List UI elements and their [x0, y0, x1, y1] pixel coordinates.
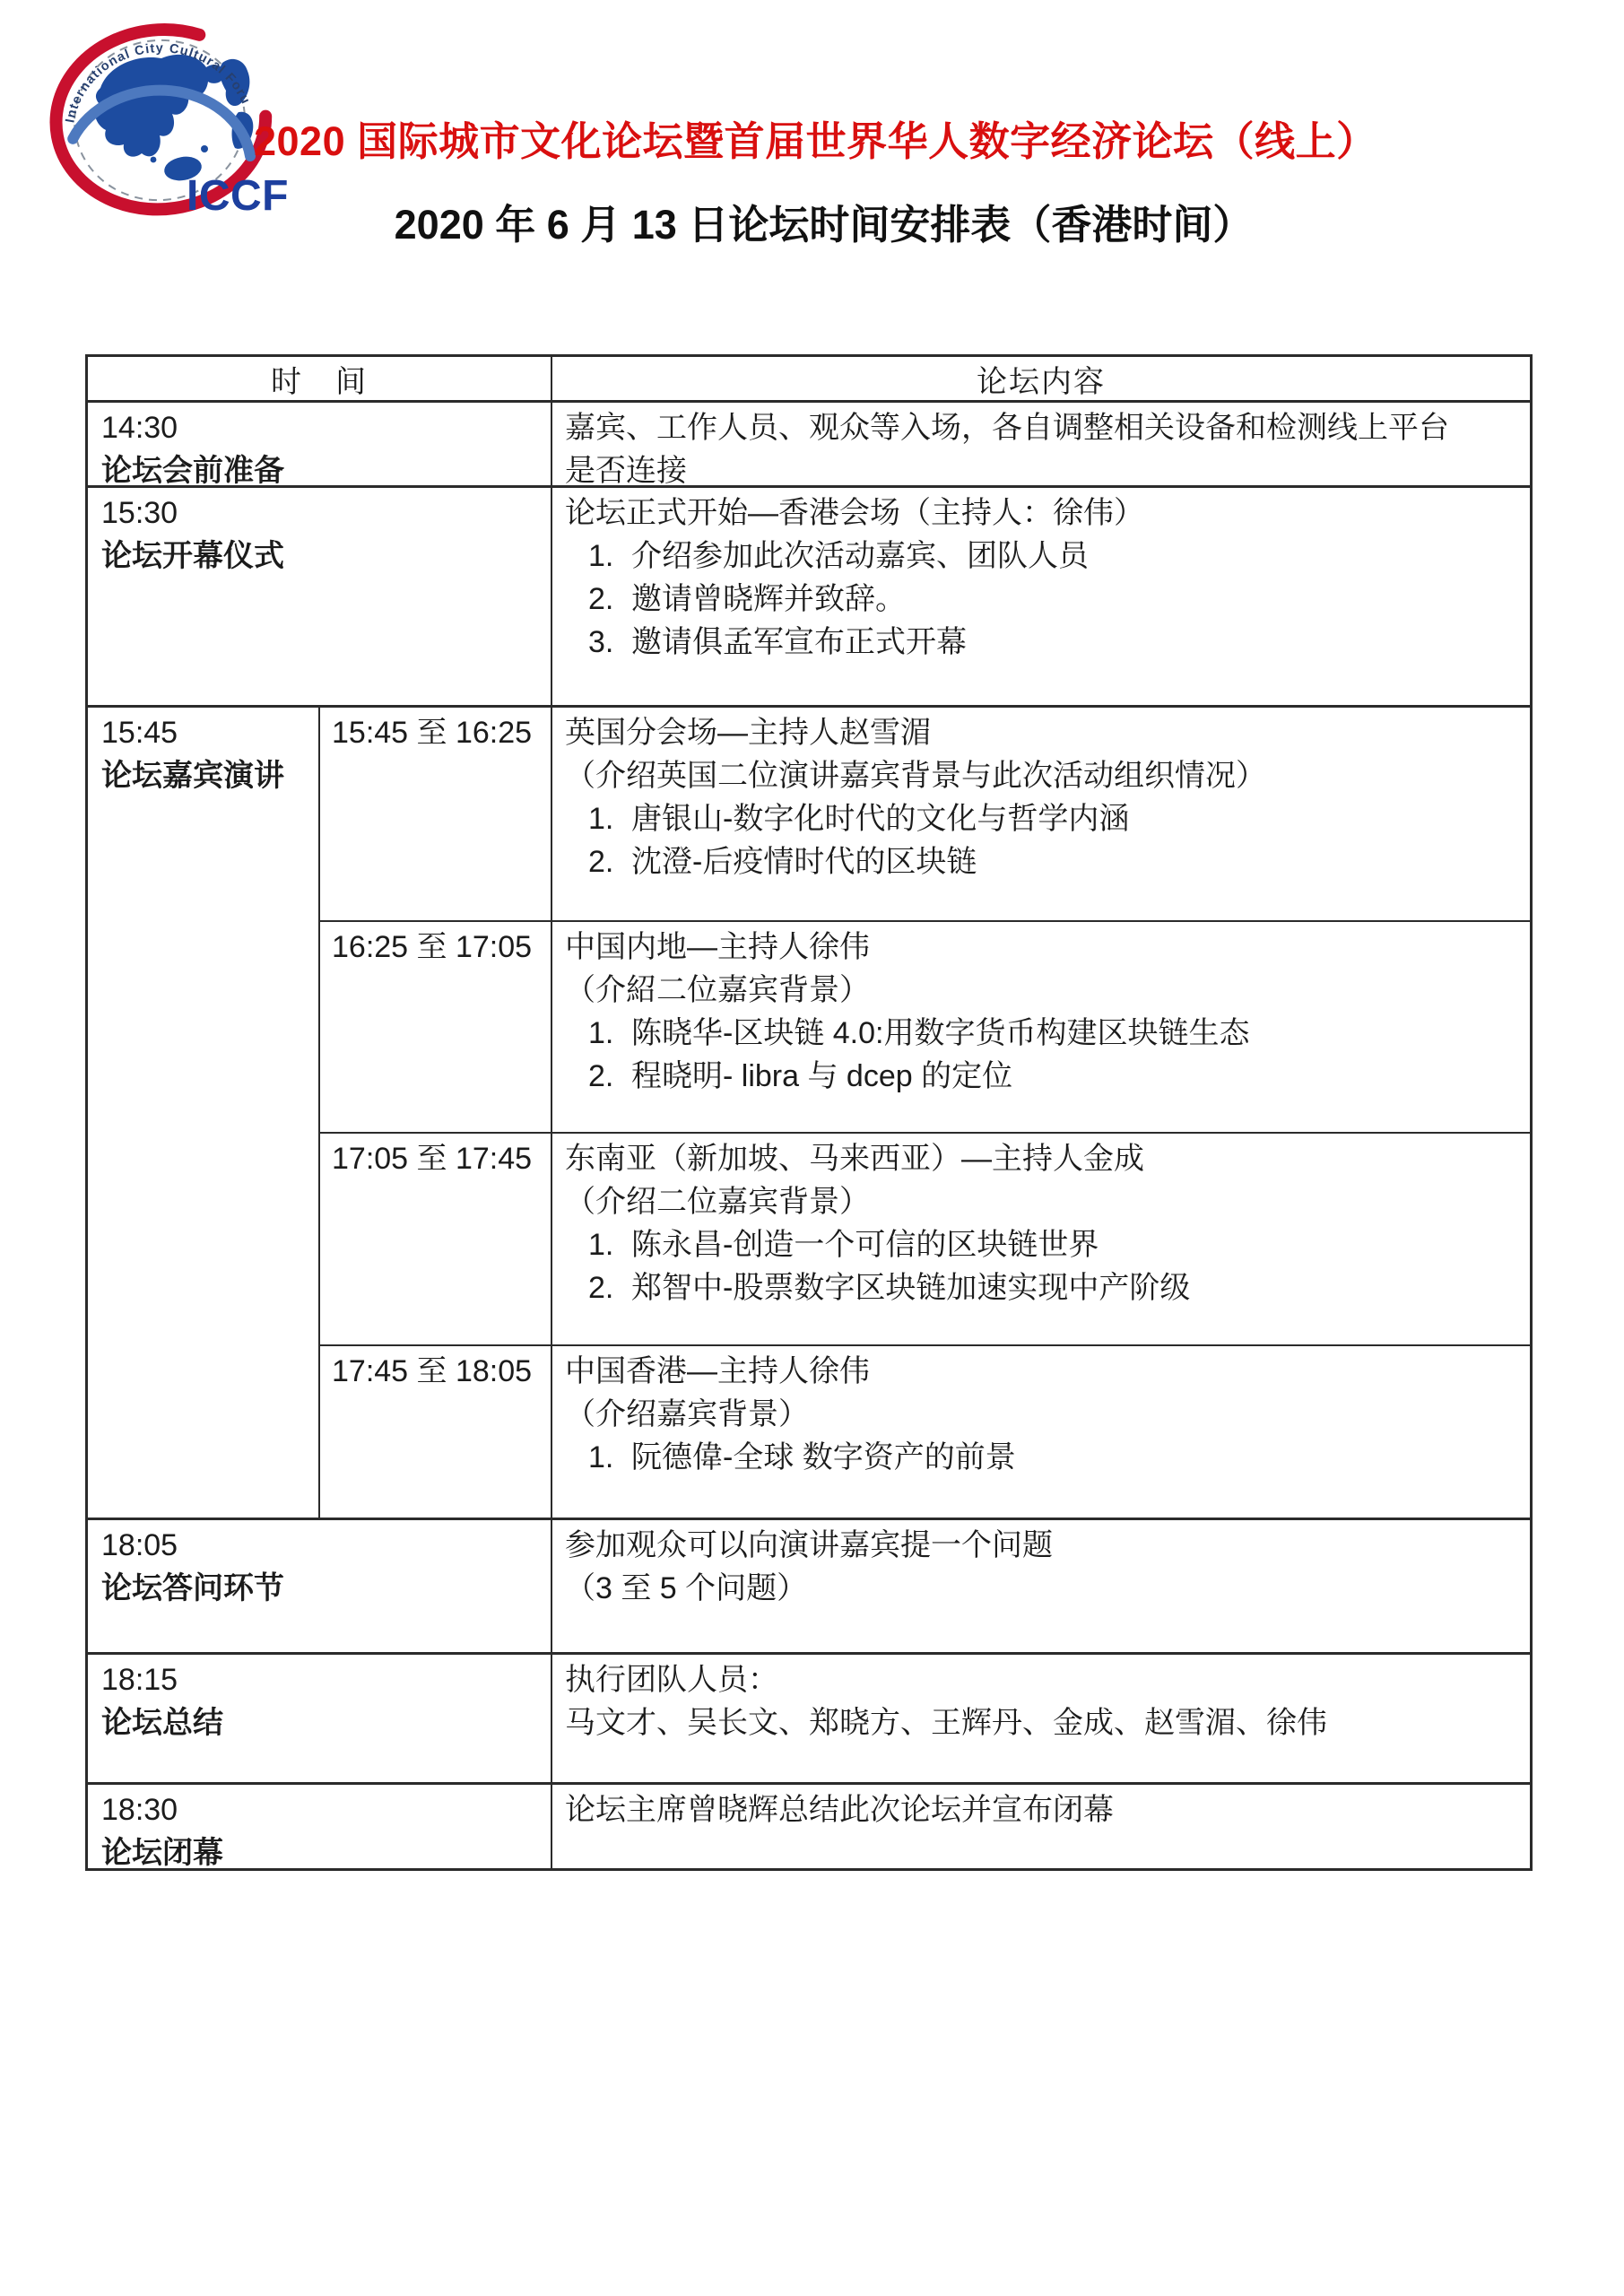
content-note: （介紹二位嘉宾背景） — [565, 969, 1521, 1012]
list-item: 2. 沈澄-后疫情时代的区块链 — [565, 840, 1521, 883]
content-note: （介绍二位嘉宾背景） — [565, 1180, 1521, 1223]
list-text: 邀请俱孟军宣布正式开幕 — [631, 621, 967, 664]
list-number: 1. — [588, 1012, 631, 1055]
list-number: 1. — [588, 797, 631, 840]
table-row-1545: 15:45 论坛嘉宾演讲 15:45 至 16:25 英国分会场—主持人赵雪湄 … — [88, 705, 1530, 1518]
sub-time-cell: 17:45 至 18:05 — [318, 1346, 551, 1518]
session-label: 论坛答问环节 — [101, 1567, 542, 1610]
list-text: 程晓明- libra 与 dcep 的定位 — [631, 1055, 1012, 1098]
content-line: （3 至 5 个问题） — [565, 1567, 1521, 1610]
time-column-header: 时 间 — [88, 357, 551, 400]
list-text: 唐银山-数字化时代的文化与哲学内涵 — [631, 797, 1129, 840]
content-line: 中国香港—主持人徐伟 — [565, 1350, 1521, 1393]
content-line: 嘉宾、工作人员、观众等入场，各自调整相关设备和检测线上平台 — [565, 406, 1521, 449]
list-text: 陈永昌-创造一个可信的区块链世界 — [631, 1223, 1099, 1266]
sub-rows: 15:45 至 16:25 英国分会场—主持人赵雪湄 （介绍英国二位演讲嘉宾背景… — [318, 708, 1530, 1518]
list-text: 介绍参加此次活动嘉宾、团队人员 — [631, 535, 1089, 578]
time-range: 16:25 至 17:05 — [332, 926, 547, 969]
session-label: 论坛总结 — [101, 1701, 542, 1744]
session-label: 论坛嘉宾演讲 — [101, 754, 311, 797]
list-item: 1. 陈永昌-创造一个可信的区块链世界 — [565, 1223, 1521, 1266]
content-line: 是否连接 — [565, 449, 1521, 492]
content-line: 东南亚（新加坡、马来西亚）—主持人金成 — [565, 1137, 1521, 1180]
list-number: 3. — [588, 621, 631, 664]
content-line: 论坛主席曾晓辉总结此次论坛并宣布闭幕 — [565, 1788, 1521, 1831]
time-cell: 18:15 论坛总结 — [88, 1655, 551, 1782]
table-header-row: 时 间 论坛内容 — [88, 357, 1530, 400]
sub-row-sea: 17:05 至 17:45 东南亚（新加坡、马来西亚）—主持人金成 （介绍二位嘉… — [318, 1132, 1530, 1344]
page-subtitle: 2020 年 6 月 13 日论坛时间安排表（香港时间） — [0, 197, 1624, 253]
list-number: 1. — [588, 1436, 631, 1479]
list-item: 2. 邀请曾晓辉并致辞。 — [565, 578, 1521, 621]
content-note: （介绍英国二位演讲嘉宾背景与此次活动组织情况） — [565, 754, 1521, 797]
list-item: 1. 介绍参加此次活动嘉宾、团队人员 — [565, 535, 1521, 578]
list-text: 沈澄-后疫情时代的区块链 — [631, 840, 977, 883]
content-line: 马文才、吴长文、郑晓方、王辉丹、金成、赵雪湄、徐伟 — [565, 1701, 1521, 1744]
sub-row-hk: 17:45 至 18:05 中国香港—主持人徐伟 （介绍嘉宾背景） 1. 阮德偉… — [318, 1344, 1530, 1518]
list-number: 2. — [588, 840, 631, 883]
sub-time-cell: 16:25 至 17:05 — [318, 922, 551, 1132]
table-row-1530: 15:30 论坛开幕仪式 论坛正式开始—香港会场（主持人：徐伟） 1. 介绍参加… — [88, 485, 1530, 705]
content-cell: 论坛正式开始—香港会场（主持人：徐伟） 1. 介绍参加此次活动嘉宾、团队人员 2… — [551, 488, 1530, 705]
sub-row-uk: 15:45 至 16:25 英国分会场—主持人赵雪湄 （介绍英国二位演讲嘉宾背景… — [318, 708, 1530, 920]
page-title: 2020 国际城市文化论坛暨首届世界华人数字经济论坛（线上） — [254, 115, 1377, 169]
table-row-1805: 18:05 论坛答问环节 参加观众可以向演讲嘉宾提一个问题 （3 至 5 个问题… — [88, 1518, 1530, 1652]
list-item: 1. 唐银山-数字化时代的文化与哲学内涵 — [565, 797, 1521, 840]
list-item: 3. 邀请俱孟军宣布正式开幕 — [565, 621, 1521, 664]
sub-time-cell: 17:05 至 17:45 — [318, 1134, 551, 1344]
list-text: 郑智中-股票数字区块链加速实现中产阶级 — [631, 1266, 1190, 1309]
content-cell: 中国内地—主持人徐伟 （介紹二位嘉宾背景） 1. 陈晓华-区块链 4.0:用数字… — [551, 922, 1530, 1132]
list-text: 阮德偉-全球 数字资产的前景 — [631, 1436, 1016, 1479]
list-number: 2. — [588, 1055, 631, 1098]
list-item: 1. 阮德偉-全球 数字资产的前景 — [565, 1436, 1521, 1479]
time-cell: 18:30 论坛闭幕 — [88, 1785, 551, 1868]
content-note: （介绍嘉宾背景） — [565, 1393, 1521, 1436]
list-text: 陈晓华-区块链 4.0:用数字货币构建区块链生态 — [631, 1012, 1249, 1055]
content-line: 中国内地—主持人徐伟 — [565, 926, 1521, 969]
time-range: 17:05 至 17:45 — [332, 1137, 547, 1180]
document-page: International City Cultural Forum ICCF 2… — [0, 0, 1624, 2296]
time-value: 18:30 — [101, 1788, 542, 1831]
sub-time-cell: 15:45 至 16:25 — [318, 708, 551, 920]
content-line: 执行团队人员： — [565, 1658, 1521, 1701]
time-cell: 14:30 论坛会前准备 — [88, 403, 551, 485]
list-number: 2. — [588, 578, 631, 621]
table-row-1830: 18:30 论坛闭幕 论坛主席曾晓辉总结此次论坛并宣布闭幕 — [88, 1782, 1530, 1868]
content-line: 论坛正式开始—香港会场（主持人：徐伟） — [565, 491, 1521, 535]
time-range: 17:45 至 18:05 — [332, 1350, 547, 1393]
time-value: 15:45 — [101, 711, 311, 754]
sub-row-mainland: 16:25 至 17:05 中国内地—主持人徐伟 （介紹二位嘉宾背景） 1. 陈… — [318, 920, 1530, 1132]
time-value: 15:30 — [101, 491, 542, 535]
content-cell: 中国香港—主持人徐伟 （介绍嘉宾背景） 1. 阮德偉-全球 数字资产的前景 — [551, 1346, 1530, 1518]
session-label: 论坛开幕仪式 — [101, 535, 542, 578]
content-cell: 英国分会场—主持人赵雪湄 （介绍英国二位演讲嘉宾背景与此次活动组织情况） 1. … — [551, 708, 1530, 920]
content-cell: 嘉宾、工作人员、观众等入场，各自调整相关设备和检测线上平台 是否连接 — [551, 403, 1530, 485]
content-line: 参加观众可以向演讲嘉宾提一个问题 — [565, 1524, 1521, 1567]
list-number: 1. — [588, 1223, 631, 1266]
content-cell: 论坛主席曾晓辉总结此次论坛并宣布闭幕 — [551, 1785, 1530, 1868]
content-cell: 东南亚（新加坡、马来西亚）—主持人金成 （介绍二位嘉宾背景） 1. 陈永昌-创造… — [551, 1134, 1530, 1344]
list-item: 1. 陈晓华-区块链 4.0:用数字货币构建区块链生态 — [565, 1012, 1521, 1055]
list-text: 邀请曾晓辉并致辞。 — [631, 578, 906, 621]
schedule-table: 时 间 论坛内容 14:30 论坛会前准备 嘉宾、工作人员、观众等入场，各自调整… — [85, 354, 1533, 1871]
time-cell: 15:30 论坛开幕仪式 — [88, 488, 551, 705]
content-cell: 参加观众可以向演讲嘉宾提一个问题 （3 至 5 个问题） — [551, 1520, 1530, 1652]
time-value: 14:30 — [101, 406, 542, 449]
list-item: 2. 程晓明- libra 与 dcep 的定位 — [565, 1055, 1521, 1098]
session-label: 论坛闭幕 — [101, 1831, 542, 1874]
time-value: 18:15 — [101, 1658, 542, 1701]
content-line: 英国分会场—主持人赵雪湄 — [565, 711, 1521, 754]
list-number: 1. — [588, 535, 631, 578]
session-label: 论坛会前准备 — [101, 449, 542, 492]
time-range: 15:45 至 16:25 — [332, 711, 547, 754]
list-item: 2. 郑智中-股票数字区块链加速实现中产阶级 — [565, 1266, 1521, 1309]
table-row-1815: 18:15 论坛总结 执行团队人员： 马文才、吴长文、郑晓方、王辉丹、金成、赵雪… — [88, 1652, 1530, 1782]
time-value: 18:05 — [101, 1524, 542, 1567]
time-cell: 15:45 论坛嘉宾演讲 — [88, 708, 318, 1518]
content-cell: 执行团队人员： 马文才、吴长文、郑晓方、王辉丹、金成、赵雪湄、徐伟 — [551, 1655, 1530, 1782]
time-cell: 18:05 论坛答问环节 — [88, 1520, 551, 1652]
list-number: 2. — [588, 1266, 631, 1309]
content-column-header: 论坛内容 — [551, 357, 1530, 400]
table-row-1430: 14:30 论坛会前准备 嘉宾、工作人员、观众等入场，各自调整相关设备和检测线上… — [88, 400, 1530, 485]
